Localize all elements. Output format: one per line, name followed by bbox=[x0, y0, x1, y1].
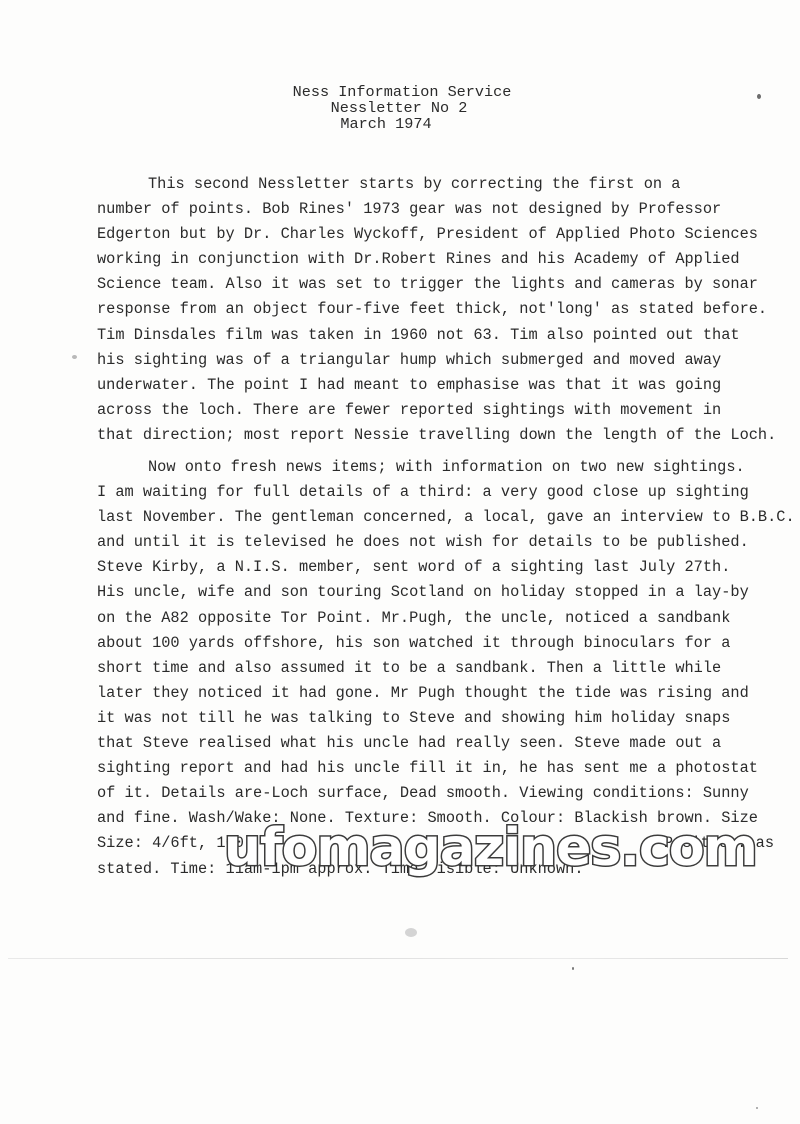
newsletter-issue: Nessletter No 2 bbox=[0, 100, 800, 116]
text-line: and until it is televised he does not wi… bbox=[97, 530, 737, 555]
text-line: Tim Dinsdales film was taken in 1960 not… bbox=[97, 323, 737, 348]
text-line: underwater. The point I had meant to emp… bbox=[97, 373, 737, 398]
text-line: later they noticed it had gone. Mr Pugh … bbox=[97, 681, 737, 706]
text-line: Now onto fresh news items; with informat… bbox=[97, 455, 737, 480]
text-line: His uncle, wife and son touring Scotland… bbox=[97, 580, 737, 605]
partial-line-start: Size: 4/6ft, 100 bbox=[97, 834, 244, 852]
text-line: on the A82 opposite Tor Point. Mr.Pugh, … bbox=[97, 606, 737, 631]
text-line: response from an object four-five feet t… bbox=[97, 297, 737, 322]
letterhead: Ness Information Service Nessletter No 2… bbox=[0, 84, 800, 132]
text-line: that Steve realised what his uncle had r… bbox=[97, 731, 737, 756]
text-line: across the loch. There are fewer reporte… bbox=[97, 398, 737, 423]
scan-speck bbox=[683, 617, 686, 620]
text-line: of it. Details are-Loch surface, Dead sm… bbox=[97, 781, 737, 806]
scan-speck bbox=[572, 967, 574, 970]
scan-speck bbox=[757, 94, 761, 99]
text-line: number of points. Bob Rines' 1973 gear w… bbox=[97, 197, 737, 222]
organization-name: Ness Information Service bbox=[4, 84, 800, 100]
scan-speck bbox=[72, 355, 77, 359]
scan-speck bbox=[756, 1107, 758, 1109]
text-line: I am waiting for full details of a third… bbox=[97, 480, 737, 505]
paragraph-corrections: This second Nessletter starts by correct… bbox=[97, 172, 737, 448]
text-line: Steve Kirby, a N.I.S. member, sent word … bbox=[97, 555, 737, 580]
text-line: last November. The gentleman concerned, … bbox=[97, 505, 737, 530]
text-line: short time and also assumed it to be a s… bbox=[97, 656, 737, 681]
text-line: Edgerton but by Dr. Charles Wyckoff, Pre… bbox=[97, 222, 737, 247]
text-line: sighting report and had his uncle fill i… bbox=[97, 756, 737, 781]
page-fold-line bbox=[8, 958, 788, 959]
text-line: working in conjunction with Dr.Robert Ri… bbox=[97, 247, 737, 272]
text-line: This second Nessletter starts by correct… bbox=[97, 172, 737, 197]
scan-smudge bbox=[405, 928, 417, 937]
issue-date: March 1974 bbox=[0, 116, 800, 132]
text-line: his sighting was of a triangular hump wh… bbox=[97, 348, 737, 373]
text-line: about 100 yards offshore, his son watche… bbox=[97, 631, 737, 656]
text-line: that direction; most report Nessie trave… bbox=[97, 423, 737, 448]
text-line: it was not till he was talking to Steve … bbox=[97, 706, 737, 731]
watermark: ufomagazines.com bbox=[224, 820, 757, 876]
scanned-page: Ness Information Service Nessletter No 2… bbox=[0, 0, 800, 1124]
text-line: Science team. Also it was set to trigger… bbox=[97, 272, 737, 297]
